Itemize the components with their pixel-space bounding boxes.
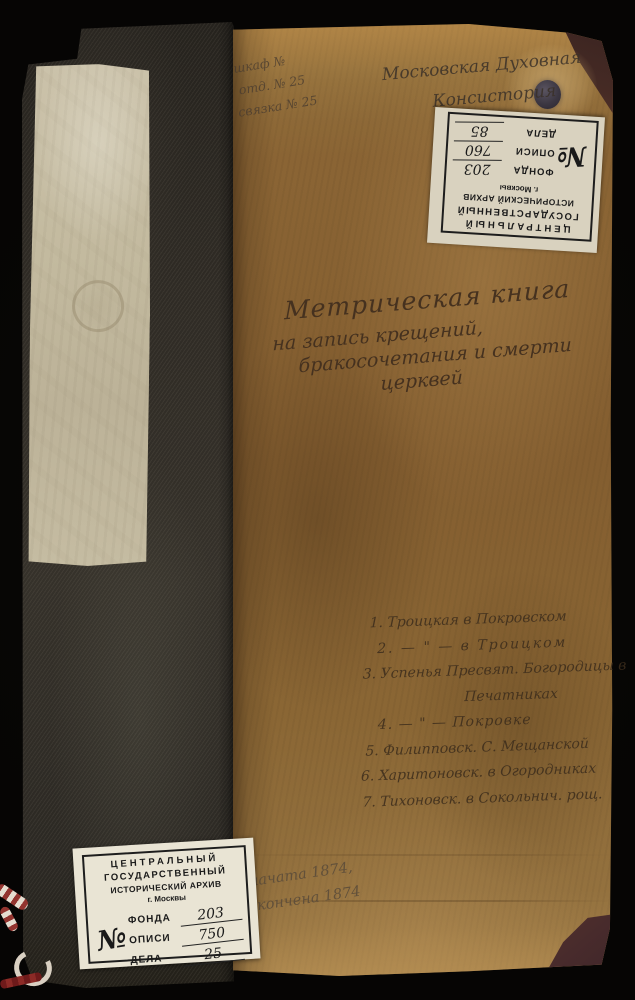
field-value-handwritten: 203: [453, 159, 502, 175]
spine-paper-strip: [27, 63, 152, 566]
field-value-handwritten: 85: [455, 121, 504, 137]
archive-stamp-bottom: ЦЕНТРАЛЬНЫЙ ГОСУДАРСТВЕННЫЙ ИСТОРИЧЕСКИЙ…: [72, 838, 260, 970]
binding-cord: [0, 905, 20, 933]
stamp-field-rows: ФОНДА 203 ОПИСИ 750 ДЕЛА 25: [127, 901, 244, 968]
book-cover-photo: шкаф № отд. № 25 связка № 25 Московская …: [0, 0, 635, 1000]
numero-sign: №: [554, 140, 589, 172]
stamp-fields: № ФОНДА 203 ОПИСИ 750 ДЕЛА 25: [93, 901, 244, 970]
numero-sign: №: [93, 921, 132, 957]
archive-stamp-upside-down: ЦЕНТРАЛЬНЫЙ ГОСУДАРСТВЕННЫЙ ИСТОРИЧЕСКИЙ…: [427, 107, 605, 253]
stamp-border-box: ЦЕНТРАЛЬНЫЙ ГОСУДАРСТВЕННЫЙ ИСТОРИЧЕСКИЙ…: [441, 112, 599, 242]
stamp-border-box: ЦЕНТРАЛЬНЫЙ ГОСУДАРСТВЕННЫЙ ИСТОРИЧЕСКИЙ…: [82, 845, 252, 964]
church-list: 1. Троицкая в Покровском 2. — " — в Трои…: [360, 602, 633, 816]
stamp-field-rows: ФОНДА 203 ОПИСИ 760 ДЕЛА 85: [452, 120, 556, 183]
worn-corner-bottom-right: [543, 914, 615, 978]
field-label: ОПИСИ: [502, 142, 555, 158]
stamp-fields: № ФОНДА 203 ОПИСИ 760 ДЕЛА 85: [452, 120, 590, 185]
field-label: ФОНДА: [501, 161, 554, 177]
field-value-handwritten: 760: [454, 140, 503, 156]
faded-round-stamp: [72, 280, 125, 333]
field-label: ДЕЛА: [504, 123, 557, 139]
